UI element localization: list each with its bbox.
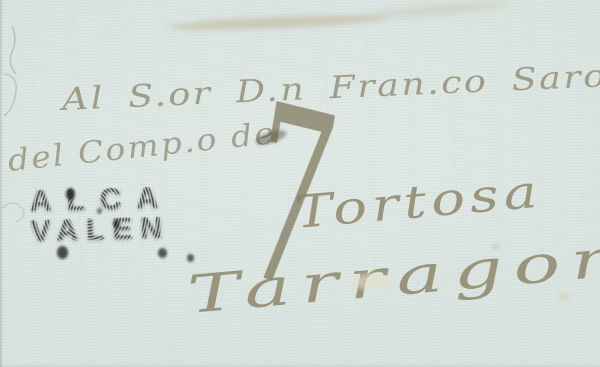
postmark-province-line: VALEN: [30, 211, 174, 249]
ink-blob: [113, 220, 120, 228]
pencil-smudge: [168, 12, 388, 33]
letter-cover: Al S.or D.n Fran.co Saroixas del Comp.o …: [0, 0, 600, 367]
ink-blob: [187, 254, 194, 262]
pencil-smudge: [372, 0, 512, 20]
sender-company-line: del Comp.o de: [6, 116, 278, 179]
paper-stain: [492, 243, 499, 250]
ink-blob: [97, 208, 102, 214]
province-line: Tarragona: [185, 222, 600, 325]
paper-stain: [352, 274, 392, 290]
paper-stain: [558, 292, 570, 301]
ink-blob: [158, 248, 167, 258]
postmark-stamp: ALCA VALEN: [29, 181, 174, 249]
ink-blob: [57, 246, 68, 259]
ink-blob: [66, 188, 75, 200]
margin-ink-flourishes: [0, 0, 44, 367]
